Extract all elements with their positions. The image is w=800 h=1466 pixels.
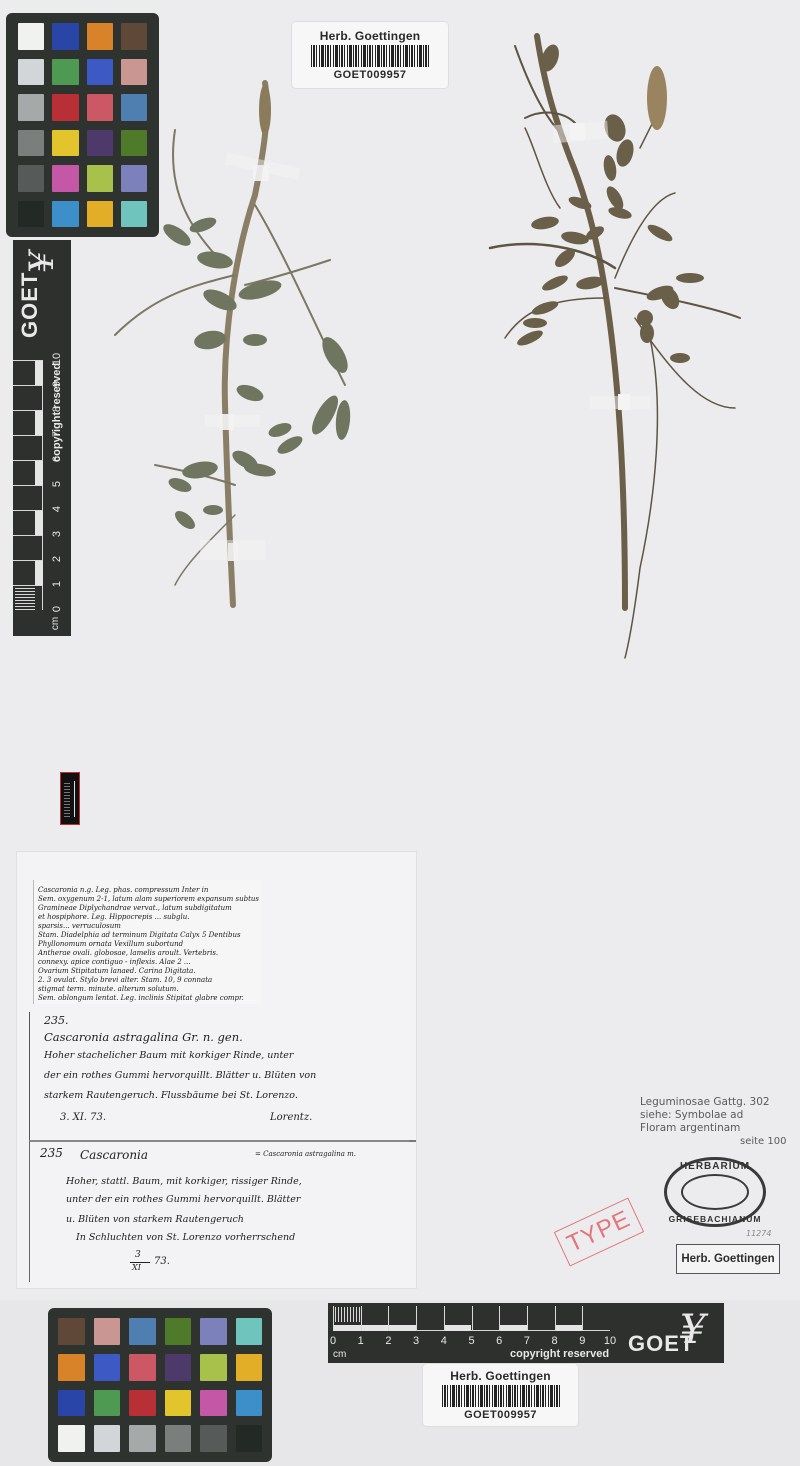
note-line: Cascaronia n.g. Leg. phas. compressum In… [38,886,208,894]
color-swatch [58,1425,85,1452]
ruler-cm-cell [527,1306,555,1331]
ruler-cm-cell [13,460,43,485]
ruler-number: 8 [552,1335,558,1347]
ruler-unit: cm [333,1349,346,1360]
color-checker-bottom [48,1308,272,1462]
label-b-line3: u. Blüten von starkem Rautengeruch [66,1214,244,1225]
ruler-cm-cell [555,1306,583,1331]
color-swatch [165,1425,192,1452]
barcode-label-bottom: Herb. Goettingen GOET009957 [423,1364,578,1426]
label-a-date: 3. XI. 73. [60,1112,106,1123]
barcode-institution: Herb. Goettingen [320,29,421,43]
note-line: Phyllonomum ornata Vexillum subortund [38,940,183,948]
ruler-cm-cell [13,485,43,510]
label-a-number: 235. [44,1014,69,1027]
color-swatch [236,1390,263,1417]
color-swatch [129,1354,156,1381]
ruler-number: 5 [51,477,63,491]
label-a-collector: Lorentz. [270,1112,312,1123]
ruler-number: 4 [51,502,63,516]
ruler-cm-cell [13,385,43,410]
ruler-number: 7 [524,1335,530,1347]
color-swatch [236,1354,263,1381]
annotation-line1: Leguminosae Gattg. 302 [640,1096,786,1109]
scale-ruler-horizontal: 012345678910 cm copyright reserved GOET … [328,1303,724,1363]
collection-label-a: 235. Cascaronia astragalina Gr. n. gen. … [29,1012,416,1142]
ruler-brand: GOET [17,272,43,338]
ruler-half-mark [35,361,43,385]
color-swatch [18,23,44,50]
label-a-line2: der ein rothes Gummi hervorquillt. Blätt… [44,1070,316,1081]
color-swatch [165,1318,192,1345]
color-swatch [18,201,44,228]
color-swatch [52,165,78,192]
label-a-taxon-name: Cascaronia astragalina Gr. n. gen. [44,1030,243,1044]
color-swatch [236,1318,263,1345]
ruler-cm-cell [13,560,43,585]
barcode-number: GOET009957 [464,1409,537,1421]
ruler-number: 6 [496,1335,502,1347]
stamp-text-top: HERBARIUM [667,1161,763,1172]
ruler-cm-cell [333,1306,361,1331]
annotation-line3: Floram argentinam [640,1122,786,1135]
ruler-number: 8 [51,402,63,416]
ruler-half-mark [362,1325,389,1331]
ruler-number: 1 [51,577,63,591]
ruler-ticks [13,360,43,610]
ruler-half-mark [334,1325,361,1331]
barcode-icon [311,45,429,67]
ruler-half-mark [35,511,43,535]
note-line: Gramineae Diplychandrae vervat., latum s… [38,904,232,912]
slide-marker-text-lines [64,781,70,817]
date-year: 73. [154,1256,170,1267]
plant-specimen-left [85,75,365,615]
ruler-cm-cell [388,1306,416,1331]
color-swatch [236,1425,263,1452]
label-b-line4: In Schluchten von St. Lorenzo vorherrsch… [76,1232,295,1243]
scale-ruler-vertical: ¥ GOET copyright reserved cm 01234567891… [13,240,71,636]
color-swatch [94,1354,121,1381]
ruler-millimeter-ticks [335,1307,361,1322]
label-b-number: 235 [40,1146,63,1160]
color-swatch [18,94,44,121]
ruler-number: 3 [51,527,63,541]
ruler-number: 9 [579,1335,585,1347]
color-swatch [129,1425,156,1452]
color-swatch [52,23,78,50]
color-swatch [165,1390,192,1417]
herbarium-grisebachianum-stamp: HERBARIUM GRISEBACHIANUM [664,1157,766,1227]
ruler-cm-cell [13,435,43,460]
ruler-number: 9 [51,377,63,391]
ruler-number: 0 [330,1335,336,1347]
ruler-number: 0 [51,602,63,616]
barcode-institution: Herb. Goettingen [450,1369,551,1383]
color-swatch [58,1318,85,1345]
color-swatch [52,130,78,157]
ruler-number: 2 [385,1335,391,1347]
ruler-half-mark [35,561,43,585]
ruler-number: 10 [604,1335,616,1347]
note-line: et hospiphore. Leg. Hippocrepis ... subg… [38,913,189,921]
note-line: Ovarium Stipitatum lanaed. Carina Digita… [38,967,196,975]
ruler-millimeter-ticks [15,585,35,610]
ruler-cm-cell [472,1306,500,1331]
color-swatch [121,23,147,50]
ruler-cm-cell [13,535,43,560]
ruler-unit: cm [50,617,61,630]
ruler-cm-cell [13,360,43,385]
color-swatch [129,1390,156,1417]
stamp-inner-ring [681,1174,749,1210]
note-line: connexy. apice contiguo - inflexis. Alae… [38,958,191,966]
handwritten-description-note: Cascaronia n.g. Leg. phas. compressum In… [33,880,261,1004]
color-swatch [58,1354,85,1381]
color-swatch [87,23,113,50]
label-b-line1: Hoher, stattl. Baum, mit korkiger, rissi… [66,1176,302,1187]
note-line: Stam. Diadelphia ad terminum Digitata Ca… [38,931,241,939]
ruler-cm-cell [582,1306,610,1331]
color-swatch [200,1318,227,1345]
ruler-cm-cell [361,1306,389,1331]
label-a-line1: Hoher stachelicher Baum mit korkiger Rin… [44,1050,293,1061]
color-swatch [129,1318,156,1345]
label-a-line3: starkem Rautengeruch. Flussbäume bei St.… [44,1090,298,1101]
ruler-number: 2 [51,552,63,566]
color-swatch [18,165,44,192]
label-sheet: Cascaronia n.g. Leg. phas. compressum In… [17,852,416,1288]
ruler-half-mark [500,1325,527,1331]
ruler-half-mark [35,461,43,485]
color-swatch [18,59,44,86]
color-swatch [18,130,44,157]
color-swatch [94,1390,121,1417]
color-swatch [94,1318,121,1345]
plant-specimen-right [475,28,755,668]
ruler-ticks [333,1306,610,1331]
color-swatch [58,1390,85,1417]
note-line: 2. 3 ovulat. Stylo brevi alter. Stam. 10… [38,976,212,984]
ruler-cm-cell [13,510,43,535]
family-annotation: Leguminosae Gattg. 302 siehe: Symbolae a… [640,1096,786,1148]
herb-goettingen-label: Herb. Goettingen [676,1244,780,1274]
goet-logo-icon: ¥ [680,1307,705,1353]
collection-label-b: 235 Cascaronia = Cascaronia astragalina … [29,1140,409,1282]
color-swatch [165,1354,192,1381]
ruler-number: 3 [413,1335,419,1347]
date-denominator: XI [132,1263,141,1272]
ruler-half-mark [389,1325,416,1331]
ruler-number: 6 [51,452,63,466]
note-line: Antherae ovali. globosae, lamelis aroult… [38,949,218,957]
ruler-half-mark [35,411,43,435]
ruler-copyright: copyright reserved [510,1348,609,1360]
color-swatch [52,59,78,86]
slide-marker [60,772,80,825]
label-b-note: = Cascaronia astragalina m. [255,1150,356,1158]
ruler-number: 7 [51,427,63,441]
annotation-line2: siehe: Symbolae ad [640,1109,786,1122]
ruler-number: 1 [358,1335,364,1347]
color-swatch [94,1425,121,1452]
ruler-half-mark [556,1325,583,1331]
ruler-cm-cell [499,1306,527,1331]
barcode-icon [442,1385,560,1407]
note-line: Sem. oxygenum 2-1, latum alam superiorem… [38,895,259,903]
label-b-taxon-name: Cascaronia [80,1148,148,1162]
color-swatch [200,1390,227,1417]
ruler-cm-cell [444,1306,472,1331]
accession-number: 11274 [746,1227,771,1240]
ruler-cm-cell [416,1306,444,1331]
label-b-line2: unter der ein rothes Gummi hervorquillt.… [66,1194,300,1205]
date-numerator: 3 [135,1250,141,1260]
color-swatch [200,1425,227,1452]
note-line: sparsis... verruculosum [38,922,121,930]
color-swatch [52,94,78,121]
ruler-number: 4 [441,1335,447,1347]
slide-marker-line [74,781,75,817]
color-swatch [52,201,78,228]
note-line: Sem. oblongum lentat. Leg. inclinis Stip… [38,994,244,1002]
ruler-number: 5 [468,1335,474,1347]
color-swatch [200,1354,227,1381]
goet-logo-icon: ¥ [22,251,62,273]
stamp-text-bottom: GRISEBACHIANUM [667,1214,763,1224]
ruler-cm-cell [13,410,43,435]
note-line: stigmat term. minute. alterum solutum. [38,985,179,993]
ruler-half-mark [445,1325,472,1331]
ruler-number: 10 [51,352,63,366]
annotation-line4: seite 100 [640,1135,786,1148]
